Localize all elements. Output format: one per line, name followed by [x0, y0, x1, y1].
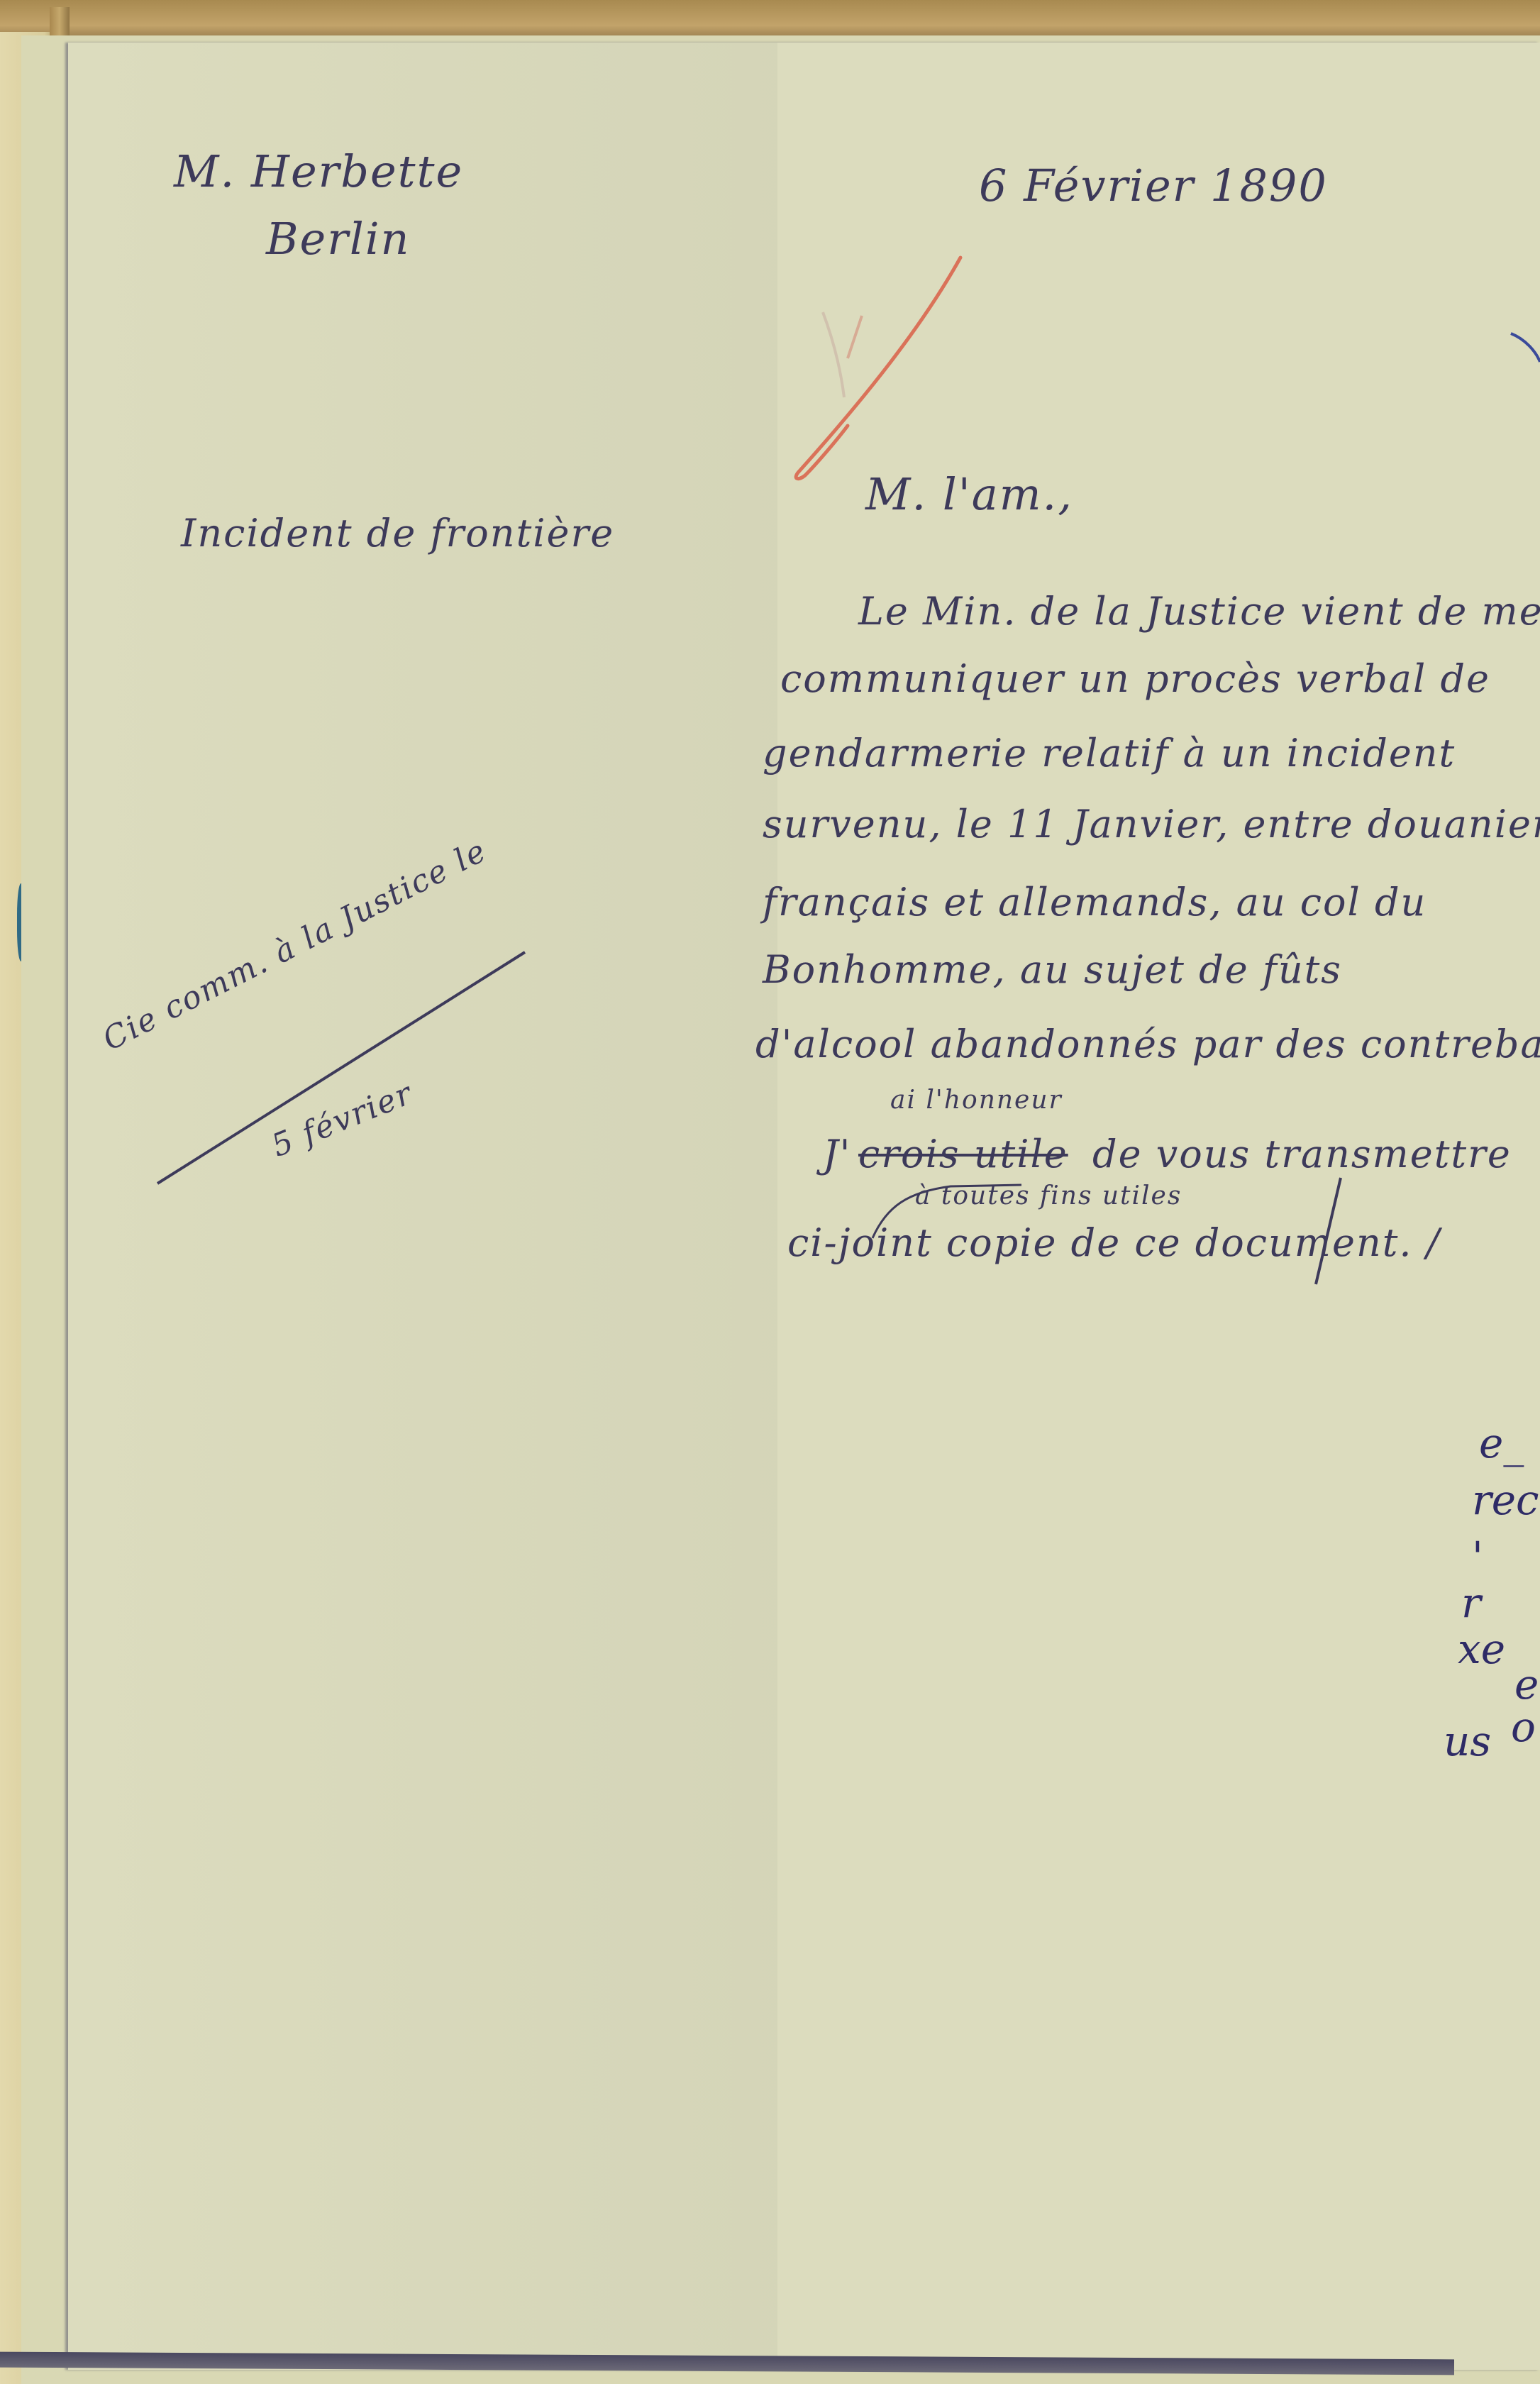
closing-slash [1316, 1178, 1341, 1284]
insertion-caret [873, 1185, 1021, 1238]
margin-note-underline [157, 952, 525, 1183]
red-check-icon [796, 258, 960, 479]
pen-marks [0, 0, 1540, 2384]
bleed-arc [1511, 333, 1540, 362]
